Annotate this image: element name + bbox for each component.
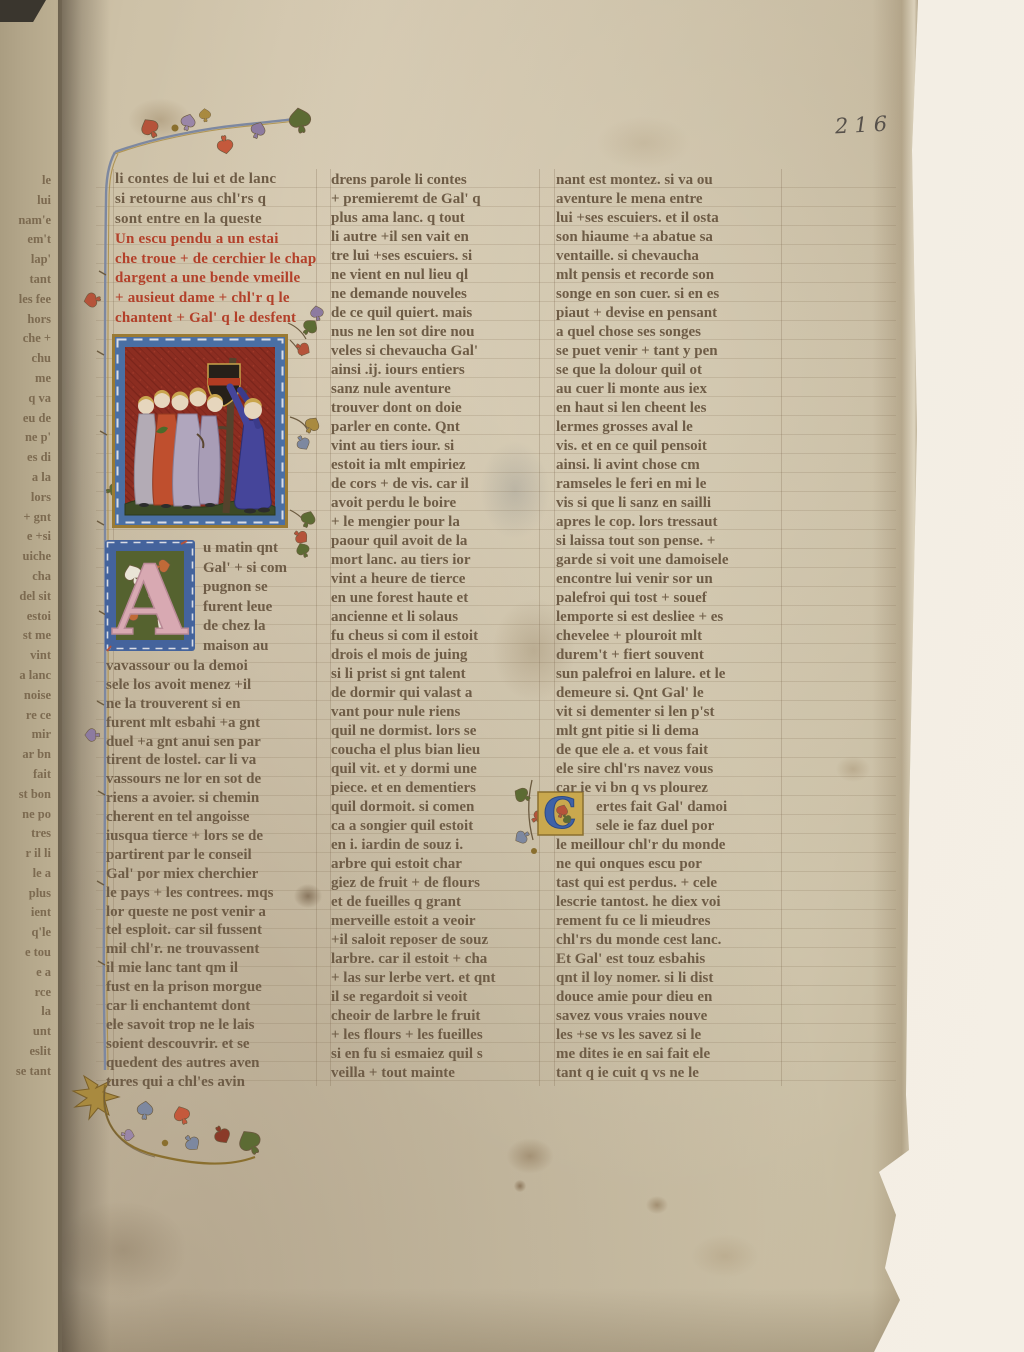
text-line: mlt pensis et recorde son [556, 266, 782, 285]
rubric-line: che troue + de cerchier le chap [115, 250, 316, 270]
text-line: encontre lui venir sor un [556, 570, 782, 589]
text-line: vis. et en ce quil pensoit [556, 437, 782, 456]
text-line: en i. iardin de souz i. [331, 836, 539, 855]
text-line: cherent en tel angoisse [106, 808, 317, 827]
text-line: drois el mois de juing [331, 646, 539, 665]
text-line: garde si voit une damoisele [556, 551, 782, 570]
fragment-line: me [0, 369, 54, 389]
fragment-line: re ce [0, 706, 54, 726]
text-line: les +se vs les savez si le [556, 1026, 782, 1045]
fragment-line: estoi [0, 607, 54, 627]
text-line: soient descouvrir. et se [106, 1035, 317, 1054]
fragment-line: cha [0, 567, 54, 587]
text-line: se que la dolour quil ot [556, 361, 782, 380]
text-line: larbre. car il estoit + cha [331, 950, 539, 969]
column-1-body: vavassour ou la demoisele los avoit mene… [106, 657, 317, 1091]
text-line: si retourne aus chl'rs q [115, 190, 316, 210]
column-2: drens parole li contes+ premieremt de Ga… [331, 171, 539, 1083]
text-line: lermes grosses aval le [556, 418, 782, 437]
text-line: + les flours + les fueilles [331, 1026, 539, 1045]
text-line: de que ele a. et vous fait [556, 741, 782, 760]
text-line: + le mengier pour la [331, 513, 539, 532]
text-line: drens parole li contes [331, 171, 539, 190]
text-line: vavassour ou la demoi [106, 657, 317, 676]
fragment-line: lors [0, 488, 54, 508]
stain [646, 1196, 668, 1214]
text-line: ne demande nouveles [331, 285, 539, 304]
fragment-line: es di [0, 448, 54, 468]
text-line: lui +ses escuiers. et il osta [556, 209, 782, 228]
text-line: tel esploit. car sil fussent [106, 921, 317, 940]
text-line: vint a heure de tierce [331, 570, 539, 589]
text-line: vant pour nule riens [331, 703, 539, 722]
text-line: tant q ie cuit q vs ne le [556, 1064, 782, 1083]
ruling-vertical [539, 169, 540, 1086]
column1-intro: li contes de lui et de lancsi retourne a… [115, 170, 316, 230]
text-line: son hiaume +a abatue sa [556, 228, 782, 247]
text-line: qnt il loy nomer. si li dist [556, 969, 782, 988]
text-line: sele los avoit menez +il [106, 676, 317, 695]
fragment-line: fait [0, 765, 54, 785]
text-line: paour quil avoit de la [331, 532, 539, 551]
text-line: riens a avoier. si chemin [106, 789, 317, 808]
text-line: avoit perdu le boire [331, 494, 539, 513]
fragment-line: st bon [0, 785, 54, 805]
text-line: li autre +il sen vait en [331, 228, 539, 247]
text-line: fu cheus si com il estoit [331, 627, 539, 646]
fragment-line: hors [0, 310, 54, 330]
text-line: cheoir de larbre le fruit [331, 1007, 539, 1026]
text-line: durem't + fiert souvent [556, 646, 782, 665]
text-line: tre lui +ses escuiers. si [331, 247, 539, 266]
text-line: a quel chose ses songes [556, 323, 782, 342]
fragment-line: che + [0, 329, 54, 349]
folio-number: 216 [834, 110, 925, 139]
text-line: maison au [203, 637, 317, 657]
text-line: quil dormoit. si comen [331, 798, 539, 817]
fragment-line: ar bn [0, 745, 54, 765]
text-line: et de fueilles q grant [331, 893, 539, 912]
text-line: il mie lanc tant qm il [106, 959, 317, 978]
text-line: ne la trouverent si en [106, 695, 317, 714]
fragment-line: tant [0, 270, 54, 290]
text-line: sanz nule aventure [331, 380, 539, 399]
text-line: giez de fruit + de flours [331, 874, 539, 893]
fragment-line: eu de [0, 409, 54, 429]
text-line: lemporte si est desliee + es [556, 608, 782, 627]
text-line: mlt gnt pitie si li dema [556, 722, 782, 741]
fragment-line: ient [0, 903, 54, 923]
text-line: arbre qui estoit char [331, 855, 539, 874]
fragment-line: + gnt [0, 508, 54, 528]
fragment-line: le [0, 171, 54, 191]
text-line: tures qui a chl'es avin [106, 1073, 317, 1092]
text-line: nus ne len sot dire nou [331, 323, 539, 342]
column-1-dropcap-lines: u matin qntGal' + si compugnon sefurent … [203, 539, 317, 656]
text-line: au cuer li monte aus iex [556, 380, 782, 399]
fragment-line: lap' [0, 250, 54, 270]
fragment-line: la [0, 1002, 54, 1022]
text-line: u matin qnt [203, 539, 317, 559]
fragment-line: unt [0, 1022, 54, 1042]
text-line: vassours ne lor en sot de [106, 770, 317, 789]
stain [690, 1234, 760, 1278]
text-line: vint au tiers iour. si [331, 437, 539, 456]
fragment-line: nam'e [0, 211, 54, 231]
text-line: ainsi. li avint chose cm [556, 456, 782, 475]
text-line: vis si que li sanz en sailli [556, 494, 782, 513]
text-line: car ie vi bn q vs plourez [556, 779, 782, 798]
text-line: ventaille. si chevaucha [556, 247, 782, 266]
text-line: sele ie faz duel por [556, 817, 782, 836]
text-line: nant est montez. si va ou [556, 171, 782, 190]
text-line: duel +a gnt anui sen par [106, 733, 317, 752]
column1-rubric: Un escu pendu a un estaiche troue + de c… [115, 230, 316, 329]
fragment-line: a lanc [0, 666, 54, 686]
text-line: le pays + les contrees. mqs [106, 884, 317, 903]
text-line: le meillour chl'r du monde [556, 836, 782, 855]
text-line: veilla + tout mainte [331, 1064, 539, 1083]
text-line: savez vous vraies nouve [556, 1007, 782, 1026]
text-line: piaut + devise en pensant [556, 304, 782, 323]
text-line: si en fu si esmaiez quil s [331, 1045, 539, 1064]
text-line: demeure si. Qnt Gal' le [556, 684, 782, 703]
text-line: partirent par le conseil [106, 846, 317, 865]
text-line: +il saloit reposer de souz [331, 931, 539, 950]
text-line: quil ne dormist. lors se [331, 722, 539, 741]
text-line: si li prist si gnt talent [331, 665, 539, 684]
figure-ladies-group [134, 388, 223, 510]
fragment-line: e a [0, 963, 54, 983]
text-line: de dormir qui valast a [331, 684, 539, 703]
text-line: tirent de lostel. car li va [106, 751, 317, 770]
text-line: sun palefroi en lalure. et le [556, 665, 782, 684]
text-line: estoit ia mlt empiriez [331, 456, 539, 475]
fragment-line: ne po [0, 805, 54, 825]
text-line: mil chl'r. ne trouvassent [106, 940, 317, 959]
text-line: en une forest haute et [331, 589, 539, 608]
text-line: se puet venir + tant y pen [556, 342, 782, 361]
miniature-illustration [112, 334, 288, 528]
manuscript-photo: leluinam'eem'tlap'tantles feehorsche +ch… [0, 0, 1024, 1352]
fragment-line: e tou [0, 943, 54, 963]
text-line: + premieremt de Gal' q [331, 190, 539, 209]
text-line: ne vient en nul lieu ql [331, 266, 539, 285]
fragment-line: chu [0, 349, 54, 369]
text-line: furent mlt esbahi +a gnt [106, 714, 317, 733]
text-line: li contes de lui et de lanc [115, 170, 316, 190]
fragment-line: e +si [0, 527, 54, 547]
column2-lines: drens parole li contes+ premieremt de Ga… [331, 171, 539, 1083]
text-line: parler en conte. Qnt [331, 418, 539, 437]
text-line: Gal' + si com [203, 559, 317, 579]
facing-page-text-fragments: leluinam'eem'tlap'tantles feehorsche +ch… [0, 171, 54, 1082]
text-line: apres le cop. lors tressaut [556, 513, 782, 532]
rubric-line: + ausieut dame + chl'r q le [115, 289, 316, 309]
text-line: palefroi qui tost + souef [556, 589, 782, 608]
fragment-line: mir [0, 725, 54, 745]
text-line: quil vit. et y dormi une [331, 760, 539, 779]
text-line: pugnon se [203, 578, 317, 598]
text-line: songe en son cuer. si en es [556, 285, 782, 304]
text-line: fust en la prison morgue [106, 978, 317, 997]
text-line: douce amie pour dieu en [556, 988, 782, 1007]
fragment-line: lui [0, 191, 54, 211]
text-line: tast qui est perdus. + cele [556, 874, 782, 893]
fragment-line: em't [0, 230, 54, 250]
initial-letter: A [112, 544, 189, 655]
fragment-line: noise [0, 686, 54, 706]
fragment-line: q va [0, 389, 54, 409]
illuminated-initial-a: A [103, 536, 197, 655]
fragment-line: st me [0, 626, 54, 646]
column-1-top: li contes de lui et de lancsi retourne a… [115, 170, 316, 329]
fragment-line: plus [0, 884, 54, 904]
leaf-bottom-shading [0, 1288, 1024, 1352]
text-line: iusqua tierce + lors se de [106, 827, 317, 846]
fragment-line: tres [0, 824, 54, 844]
fragment-line: vint [0, 646, 54, 666]
fragment-line: se tant [0, 1062, 54, 1082]
text-line: aventure le mena entre [556, 190, 782, 209]
stain [128, 98, 192, 142]
text-line: il se regardoit si veoit [331, 988, 539, 1007]
text-line: merveille estoit a veoir [331, 912, 539, 931]
fragment-line: a la [0, 468, 54, 488]
text-line: chevelee + plouroit mlt [556, 627, 782, 646]
text-line: ertes fait Gal' damoi [556, 798, 782, 817]
text-line: de chez la [203, 617, 317, 637]
fragment-line: q'le [0, 923, 54, 943]
text-line: car li enchantemt dont [106, 997, 317, 1016]
text-line: vit si dementer si len p'st [556, 703, 782, 722]
fragment-line: del sit [0, 587, 54, 607]
stain [596, 116, 692, 170]
text-line: plus ama lanc. q tout [331, 209, 539, 228]
fragment-line: uiche [0, 547, 54, 567]
text-line: lor queste ne post venir a [106, 903, 317, 922]
column3-lines: nant est montez. si va ouaventure le men… [556, 171, 782, 1083]
rubric-line: dargent a une bende vmeille [115, 269, 316, 289]
stain [506, 1138, 554, 1174]
fragment-line: ne p' [0, 428, 54, 448]
text-line: lescrie tantost. he diex voi [556, 893, 782, 912]
text-line: Et Gal' est touz esbahis [556, 950, 782, 969]
column-3: nant est montez. si va ouaventure le men… [556, 171, 782, 1083]
text-line: si laissa tout son pense. + [556, 532, 782, 551]
text-line: veles si chevaucha Gal' [331, 342, 539, 361]
fragment-line: rce [0, 983, 54, 1003]
text-line: furent leue [203, 598, 317, 618]
text-line: en haut si len cheent les [556, 399, 782, 418]
text-line: Gal' por miex cherchier [106, 865, 317, 884]
text-line: sont entre en la queste [115, 210, 316, 230]
text-line: ne qui onques escu por [556, 855, 782, 874]
ruling-vertical [554, 169, 555, 1086]
text-line: de ce quil quiert. mais [331, 304, 539, 323]
text-line: quedent des autres aven [106, 1054, 317, 1073]
text-line: rement fu ce li mieudres [556, 912, 782, 931]
rubric-line: Un escu pendu a un estai [115, 230, 316, 250]
text-line: mort lanc. au tiers ior [331, 551, 539, 570]
fragment-line: r il li [0, 844, 54, 864]
text-line: ca a songier quil estoit [331, 817, 539, 836]
text-line: ainsi .ij. iours entiers [331, 361, 539, 380]
text-line: coucha el plus bian lieu [331, 741, 539, 760]
stain [514, 1180, 526, 1192]
fragment-line: les fee [0, 290, 54, 310]
text-line: ele sire chl'rs navez vous [556, 760, 782, 779]
text-line: trouver dont on doie [331, 399, 539, 418]
text-line: me dites ie en sai fait ele [556, 1045, 782, 1064]
text-line: piece. et en dementiers [331, 779, 539, 798]
fragment-line: eslit [0, 1042, 54, 1062]
text-line: + las sur lerbe vert. et qnt [331, 969, 539, 988]
text-line: ramseles le feri en mi le [556, 475, 782, 494]
text-line: de cors + de vis. car il [331, 475, 539, 494]
text-line: ele savoit trop ne le lais [106, 1016, 317, 1035]
rubric-line: chantent + Gal' q le desfent [115, 309, 316, 329]
fragment-line: le a [0, 864, 54, 884]
text-line: chl'rs du monde cest lanc. [556, 931, 782, 950]
text-line: ancienne et li solaus [331, 608, 539, 627]
